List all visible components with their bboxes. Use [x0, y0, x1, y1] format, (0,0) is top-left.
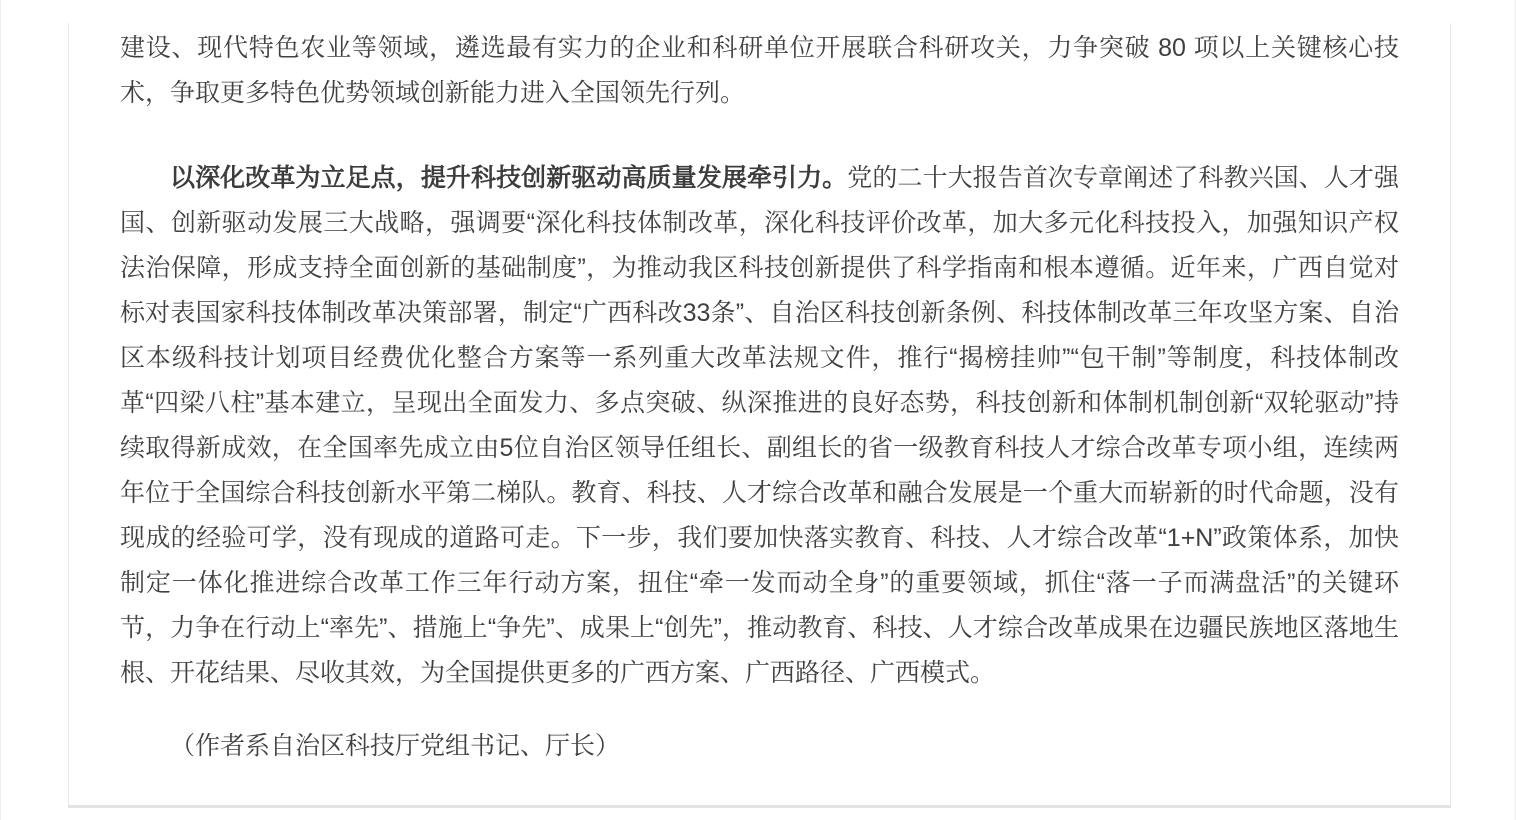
article-card: 建设、现代特色农业等领域，遴选最有实力的企业和科研单位开展联合科研攻关，力争突破…	[68, 23, 1451, 808]
author-note: （作者系自治区科技厅党组书记、厅长）	[120, 724, 1399, 769]
article-paragraph-main: 以深化改革为立足点，提升科技创新驱动高质量发展牵引力。党的二十大报告首次专章阐述…	[120, 156, 1399, 696]
paragraph-body-text: 党的二十大报告首次专章阐述了科教兴国、人才强国、创新驱动发展三大战略，强调要“深…	[120, 164, 1399, 687]
article-paragraph-continued: 建设、现代特色农业等领域，遴选最有实力的企业和科研单位开展联合科研攻关，力争突破…	[120, 26, 1399, 116]
paragraph-lead-bold: 以深化改革为立足点，提升科技创新驱动高质量发展牵引力。	[170, 164, 847, 192]
page-background: 建设、现代特色农业等领域，遴选最有实力的企业和科研单位开展联合科研攻关，力争突破…	[0, 0, 1516, 820]
